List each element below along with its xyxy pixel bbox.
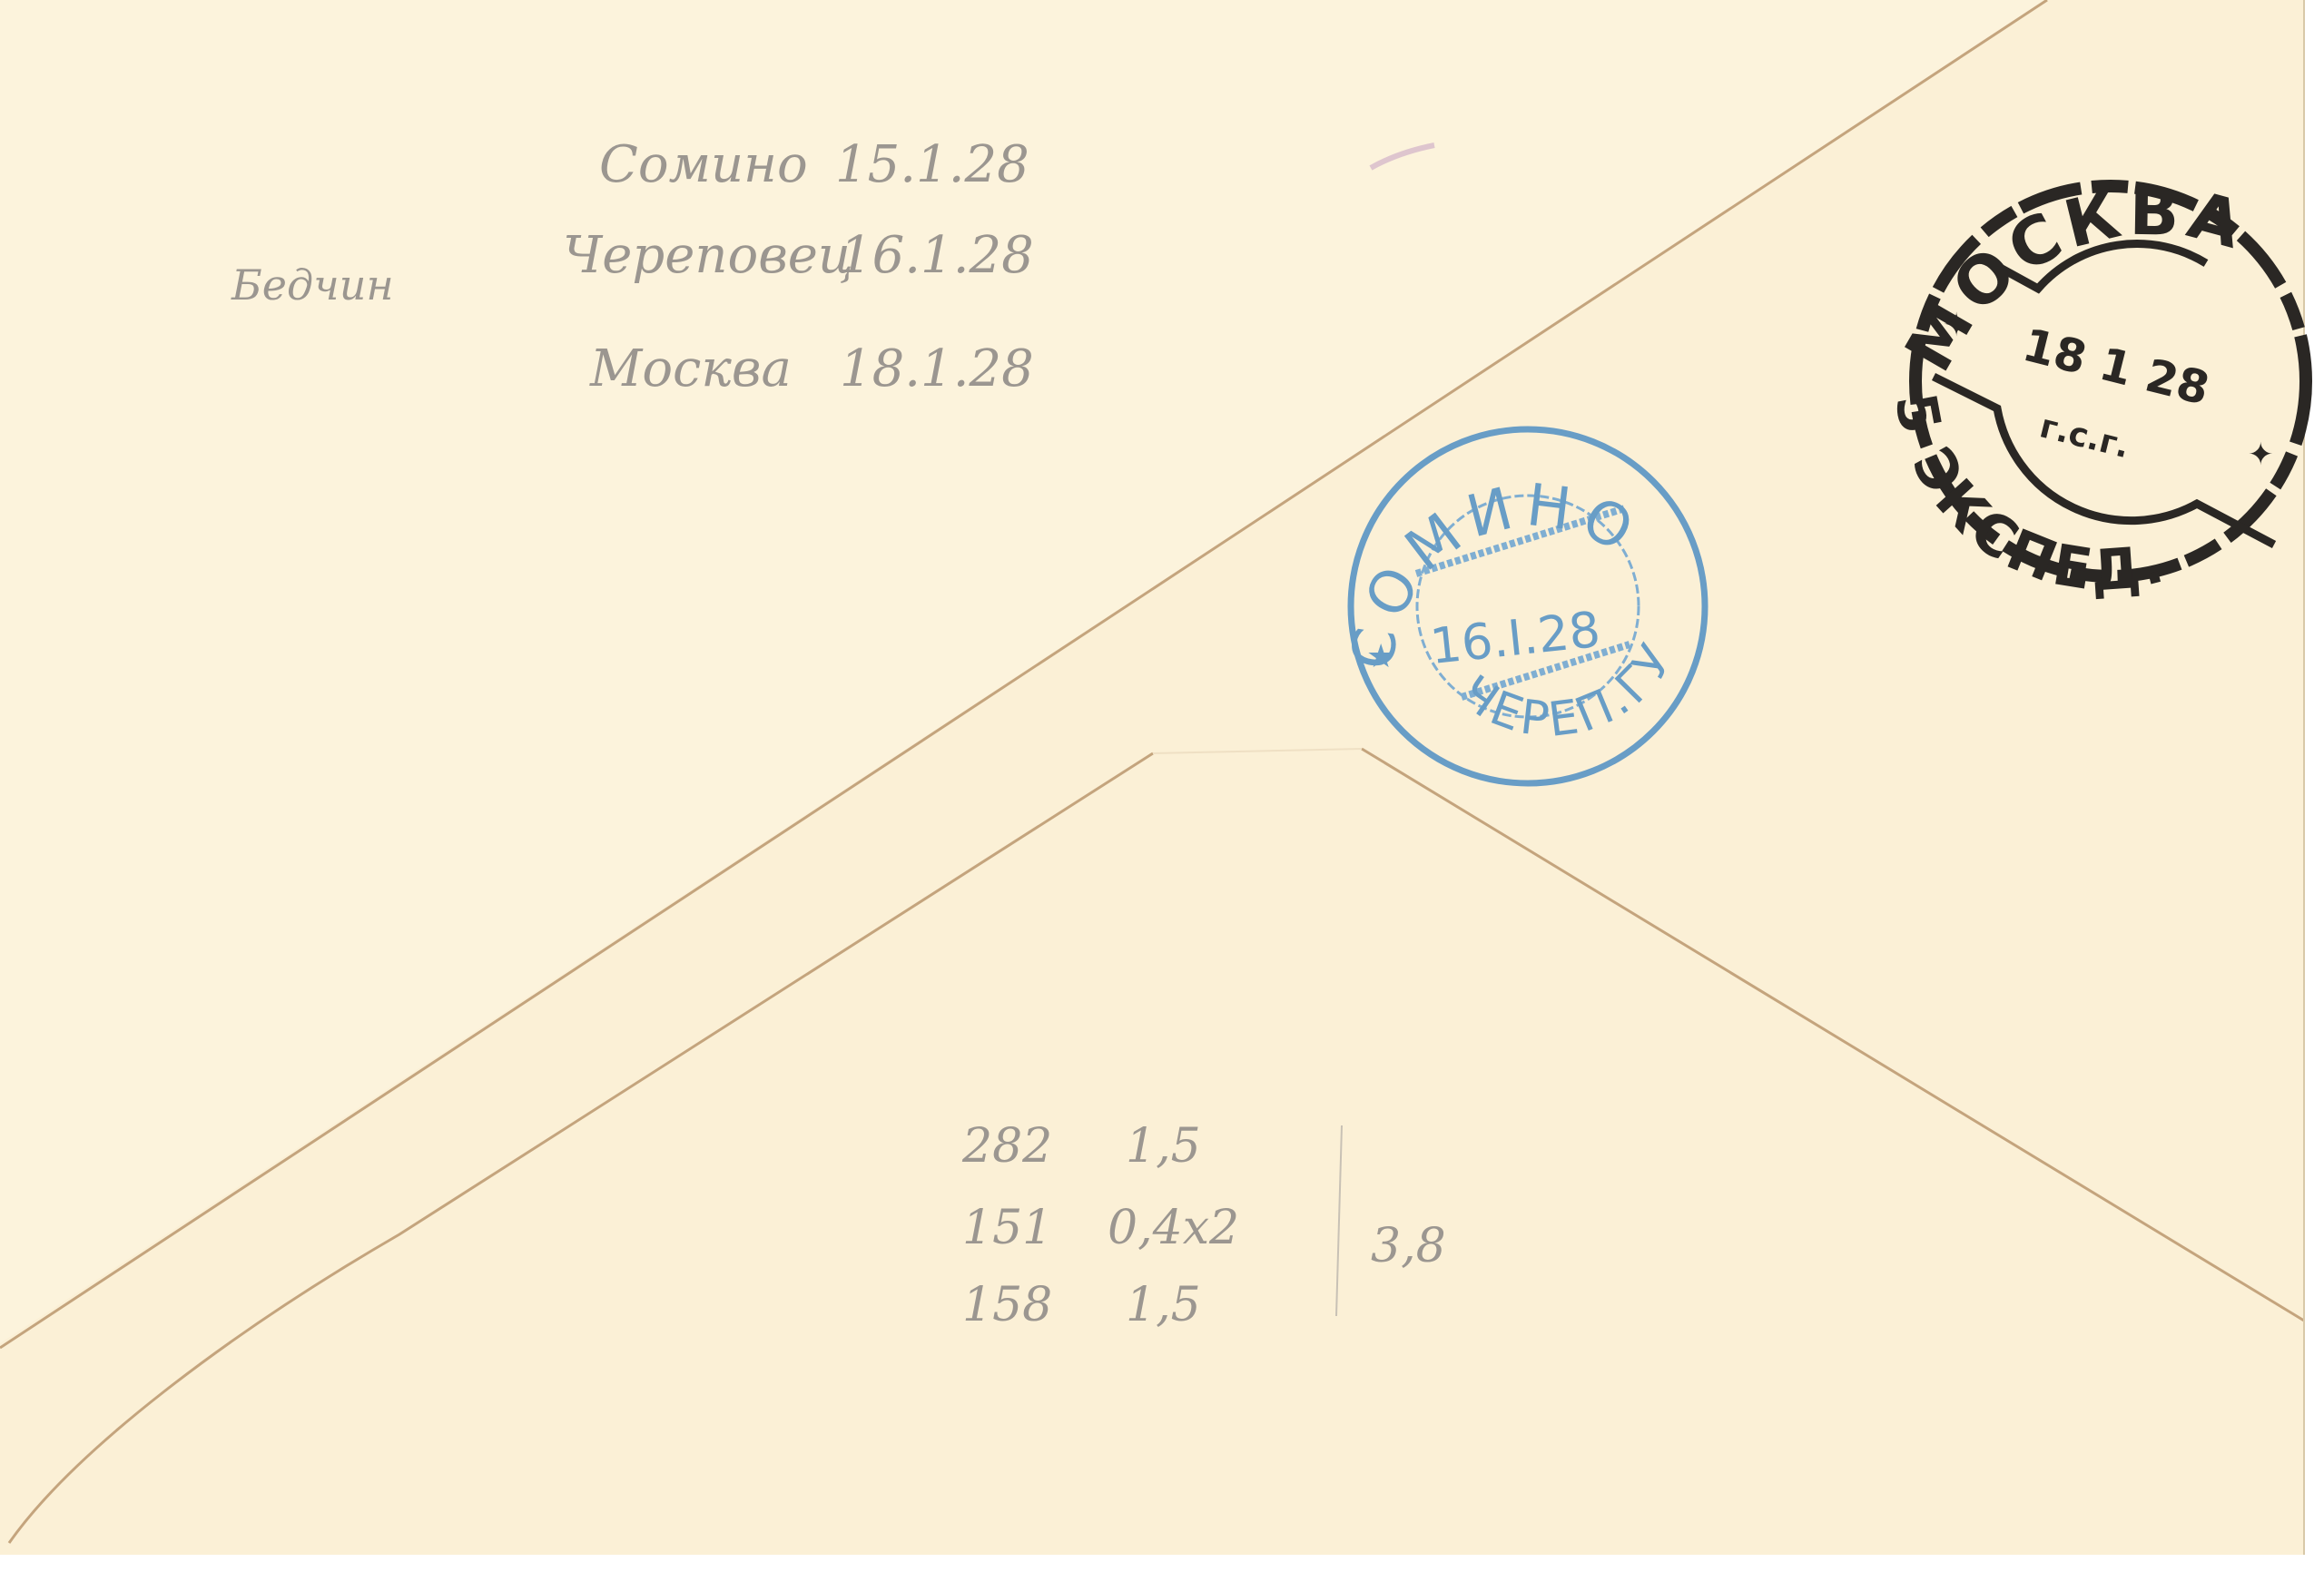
calc-row-2-a: 151: [962, 1201, 1052, 1255]
note-route-place-3: Москва: [589, 339, 792, 398]
calc-total: 3,8: [1371, 1219, 1446, 1273]
note-route-place-1: Сомино: [599, 135, 808, 194]
calc-row-3-b: 1,5: [1126, 1278, 1201, 1332]
star-icon: ✦: [1943, 307, 1970, 344]
calc-row-1-b: 1,5: [1126, 1119, 1201, 1174]
note-route-date-1: 15.1.28: [835, 135, 1029, 194]
star-icon: ★: [1366, 638, 1395, 675]
calc-row-1-a: 282: [961, 1119, 1052, 1174]
envelope-scene: Бедчин Сомино 15.1.28 Череповец 16.1.28 …: [0, 0, 2324, 1572]
note-route-date-3: 18.1.28: [840, 339, 1034, 398]
note-route-place-2: Череповец: [563, 226, 853, 285]
note-left-label: Бедчин: [231, 260, 394, 309]
note-route-date-2: 16.1.28: [840, 226, 1034, 285]
calc-row-3-a: 158: [962, 1278, 1052, 1332]
star-icon: ✦: [2248, 437, 2274, 473]
calc-row-2-b: 0,4x2: [1108, 1201, 1239, 1255]
